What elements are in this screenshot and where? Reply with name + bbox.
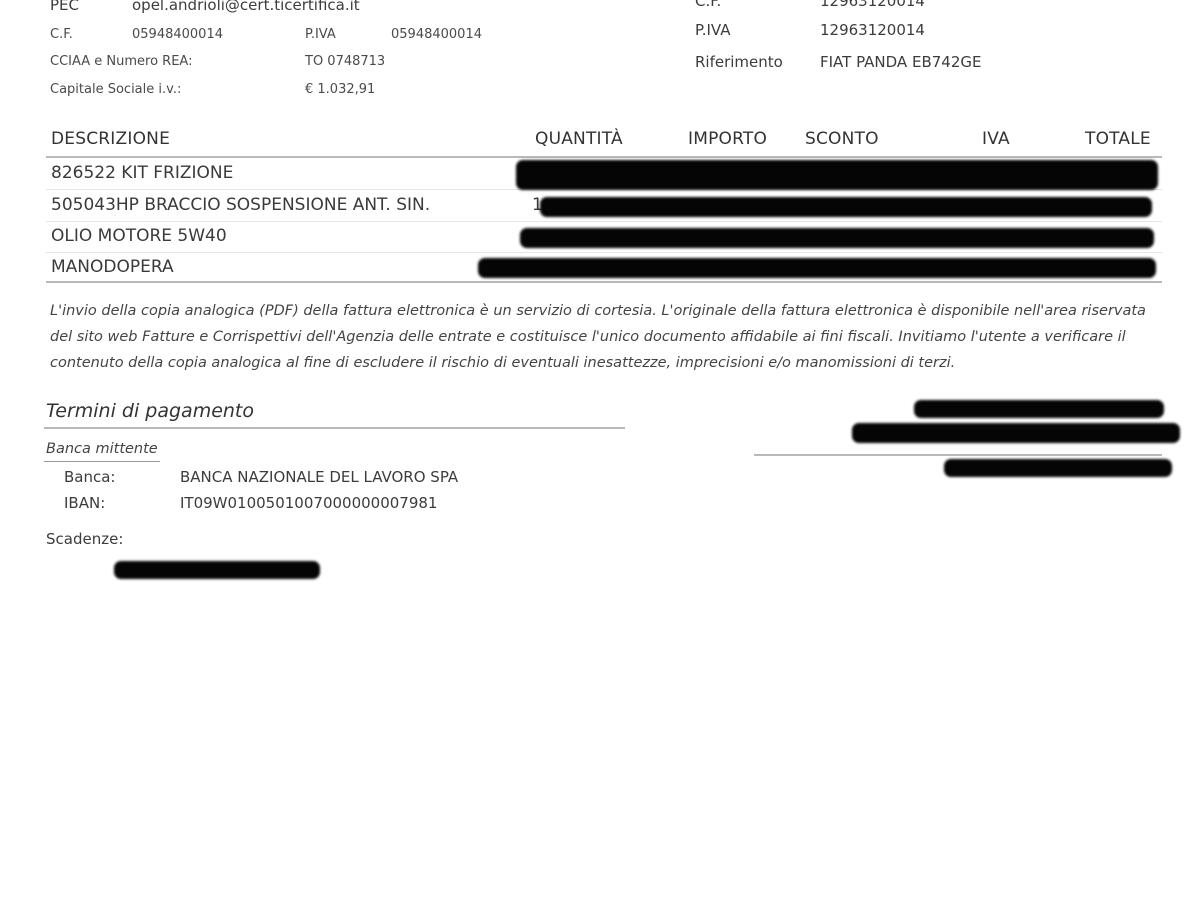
redaction-bar	[478, 258, 1156, 278]
buyer-cf-value: 12963120014	[820, 0, 925, 10]
seller-cf-value: 05948400014	[132, 27, 223, 42]
row-divider	[46, 252, 1162, 253]
redaction-bar	[516, 160, 1158, 190]
table-row-descrizione: MANODOPERA	[51, 257, 174, 277]
pec-value: opel.andrioli@cert.ticertifica.it	[132, 0, 360, 14]
bank-section-underline	[44, 461, 160, 462]
buyer-piva-value: 12963120014	[820, 21, 925, 39]
table-row-descrizione: 505043HP BRACCIO SOSPENSIONE ANT. SIN.	[51, 195, 430, 215]
table-row-descrizione: 826522 KIT FRIZIONE	[51, 163, 233, 183]
col-header-totale: TOTALE	[1085, 129, 1151, 149]
pec-label: PEC	[50, 0, 79, 14]
riferimento-value: FIAT PANDA EB742GE	[820, 53, 981, 71]
totals-rule	[754, 454, 1162, 456]
row-divider	[46, 221, 1162, 222]
bank-section-title: Banca mittente	[46, 441, 158, 457]
scadenze-label: Scadenze:	[46, 530, 123, 548]
iban-label: IBAN:	[64, 494, 105, 512]
imposta-redaction	[852, 423, 1180, 443]
col-header-descrizione: DESCRIZIONE	[51, 129, 170, 149]
col-header-quantita: QUANTITÀ	[535, 129, 623, 149]
table-row-descrizione: OLIO MOTORE 5W40	[51, 226, 227, 246]
redaction-bar	[520, 228, 1154, 248]
riferimento-label: Riferimento	[695, 53, 783, 71]
imponibile-redaction	[914, 400, 1164, 418]
banca-label: Banca:	[64, 468, 115, 486]
seller-cf-label: C.F.	[50, 27, 73, 42]
capitale-label: Capitale Sociale i.v.:	[50, 82, 181, 97]
rea-label: CCIAA e Numero REA:	[50, 54, 192, 69]
capitale-value: € 1.032,91	[305, 82, 375, 97]
totale-redaction	[944, 459, 1172, 477]
buyer-piva-label: P.IVA	[695, 21, 730, 39]
payment-terms-title: Termini di pagamento	[46, 400, 254, 422]
seller-piva-label: P.IVA	[305, 27, 336, 42]
redaction-bar	[540, 197, 1152, 217]
disclaimer-note: L'invio della copia analogica (PDF) dell…	[50, 298, 1150, 376]
col-header-sconto: SCONTO	[805, 129, 879, 149]
iban-value: IT09W0100501007000000007981	[180, 494, 437, 512]
col-header-iva: IVA	[982, 129, 1010, 149]
scadenze-redaction	[114, 561, 320, 579]
seller-piva-value: 05948400014	[391, 27, 482, 42]
table-bottom-rule	[46, 281, 1162, 283]
table-header-rule	[46, 156, 1162, 158]
col-header-importo: IMPORTO	[688, 129, 767, 149]
rea-value: TO 0748713	[305, 54, 385, 69]
payment-terms-rule	[44, 427, 625, 429]
buyer-cf-label: C.F.	[695, 0, 721, 10]
banca-value: BANCA NAZIONALE DEL LAVORO SPA	[180, 468, 458, 486]
